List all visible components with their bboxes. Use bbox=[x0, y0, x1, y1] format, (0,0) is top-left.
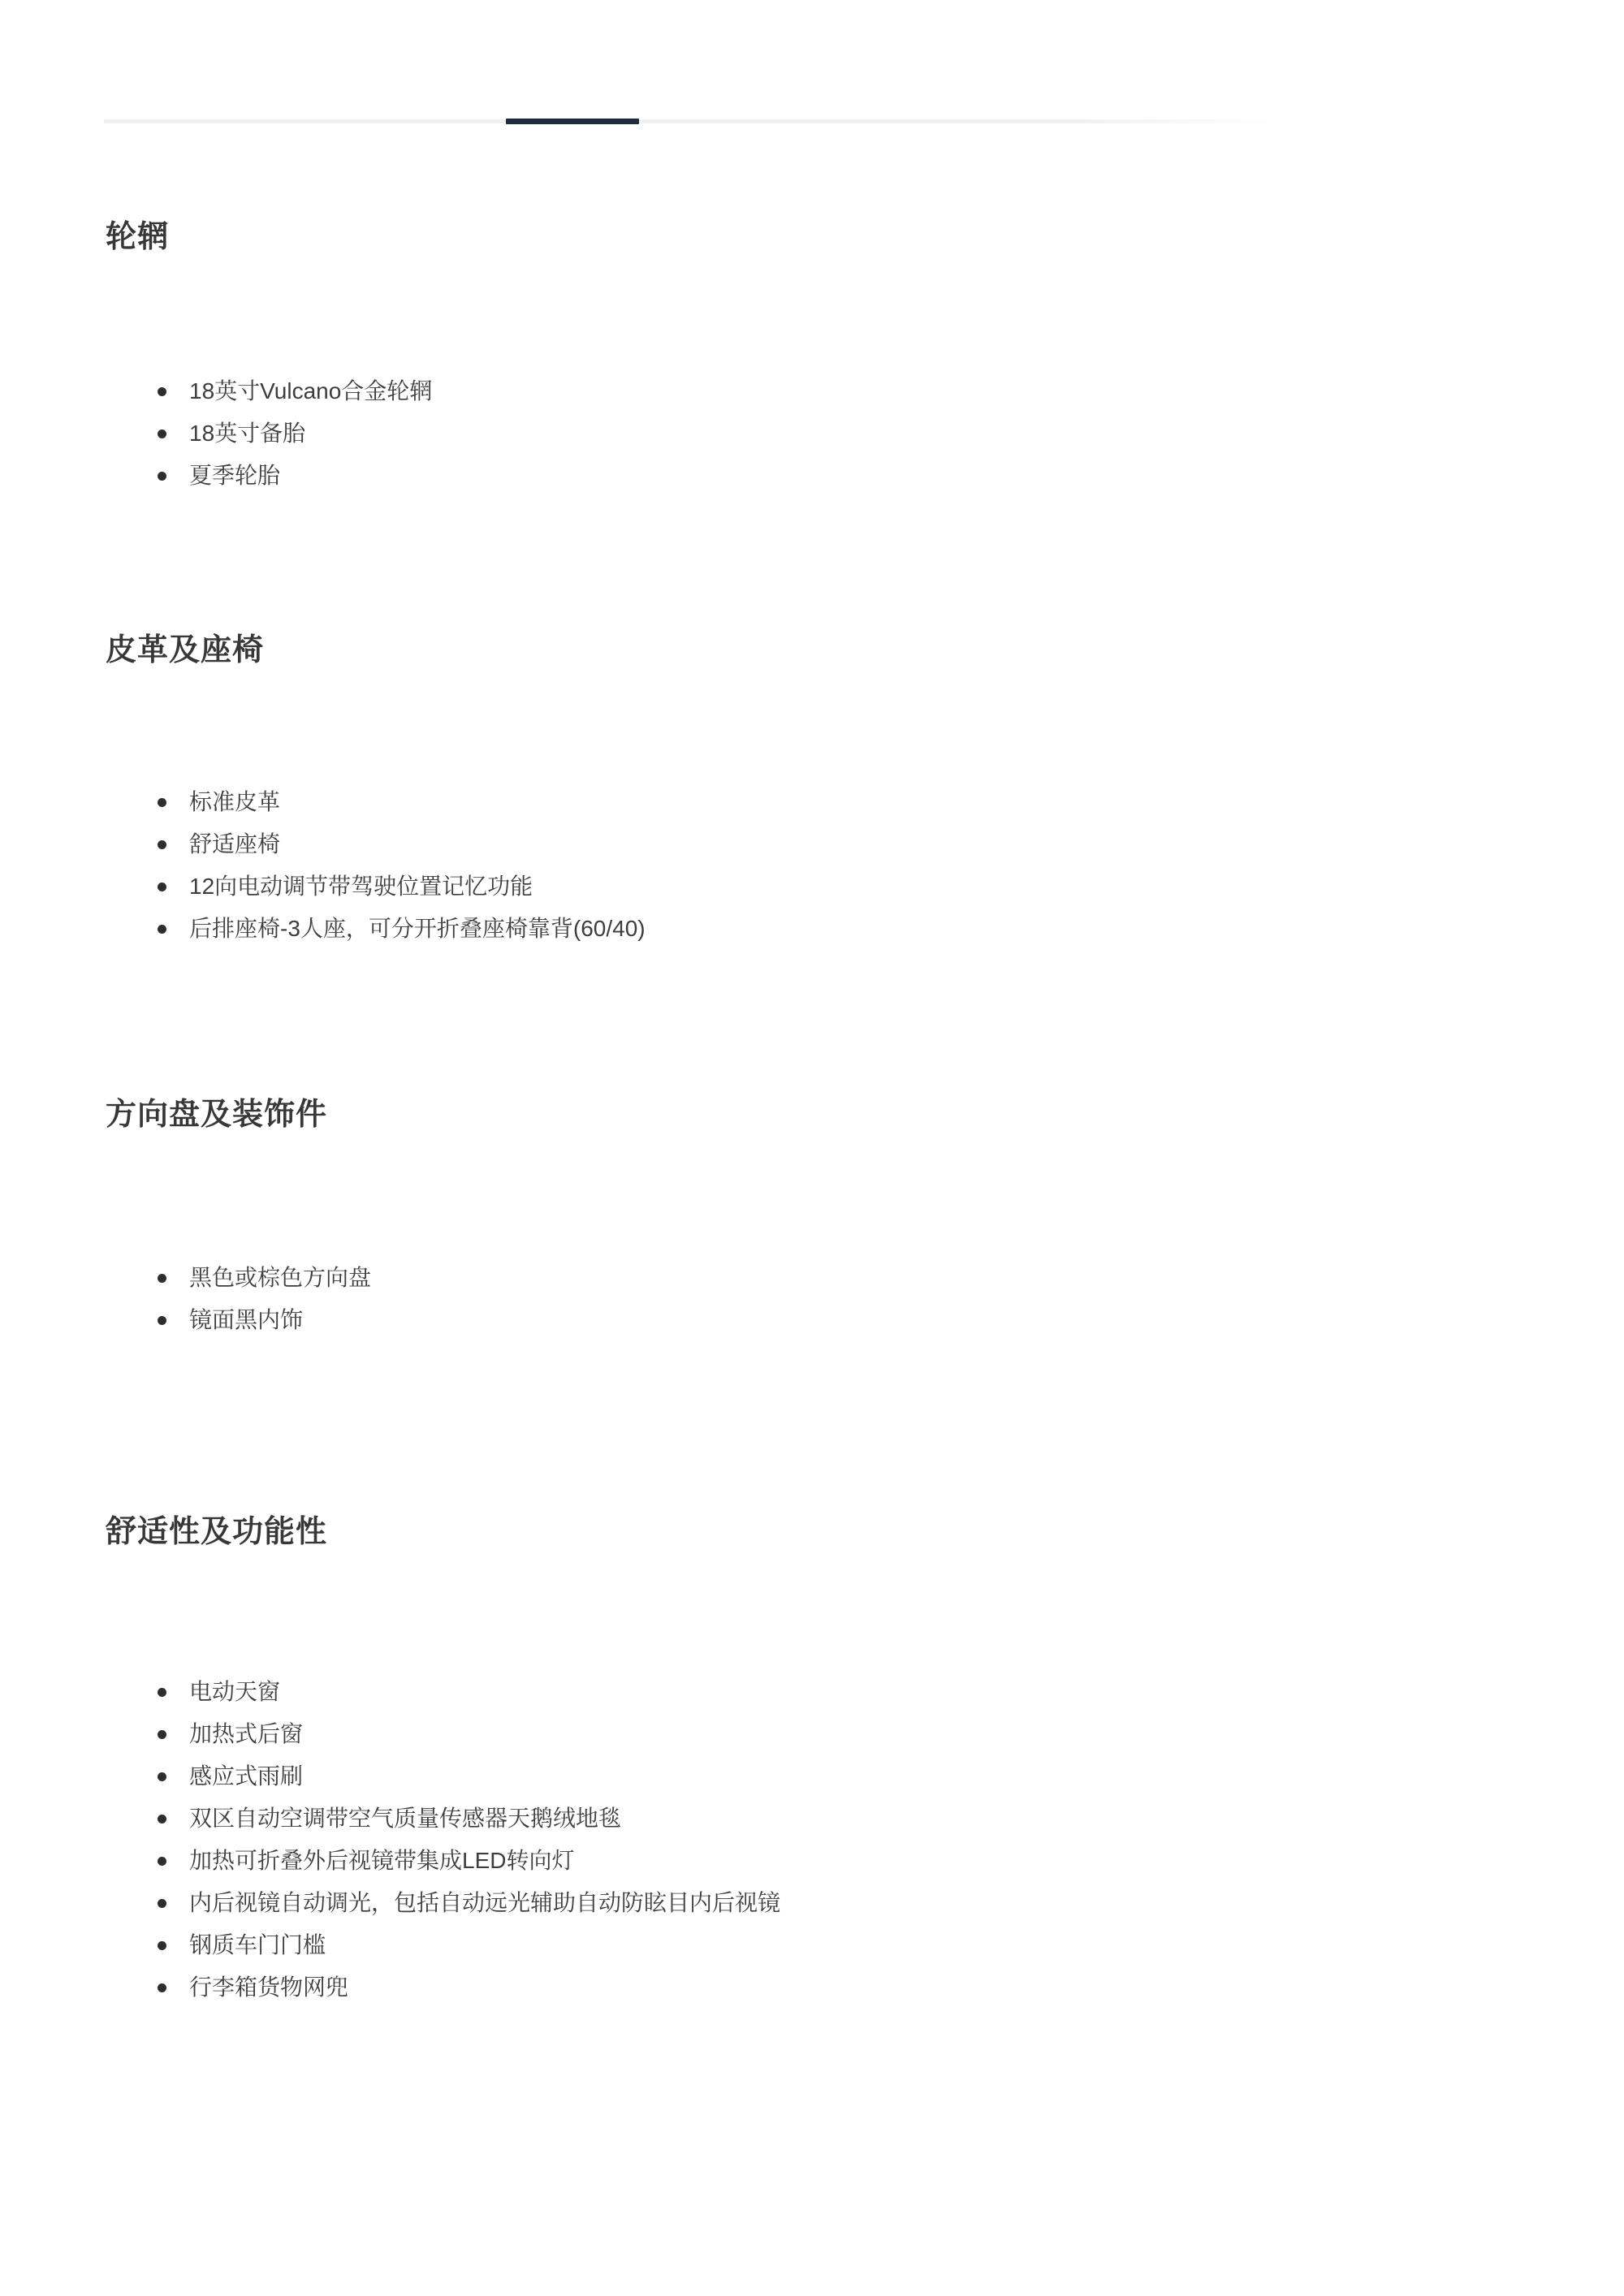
tab-bar-divider bbox=[104, 119, 1275, 123]
list-item: 黑色或棕色方向盘 bbox=[106, 1257, 371, 1299]
active-tab-indicator[interactable] bbox=[506, 119, 639, 124]
list-item: 内后视镜自动调光，包括自动远光辅助自动防眩目内后视镜 bbox=[106, 1882, 780, 1924]
section-title-leather-seats: 皮革及座椅 bbox=[106, 629, 264, 671]
list-item: 标准皮革 bbox=[106, 781, 646, 823]
feature-list-steering-trim: 黑色或棕色方向盘 镜面黑内饰 bbox=[106, 1257, 371, 1341]
equipment-spec-page: 轮辋 18英寸Vulcano合金轮辋 18英寸备胎 夏季轮胎 皮革及座椅 标准皮… bbox=[0, 0, 1624, 2296]
list-item: 18英寸Vulcano合金轮辋 bbox=[106, 370, 432, 412]
list-item: 加热式后窗 bbox=[106, 1713, 780, 1755]
list-item: 钢质车门门槛 bbox=[106, 1924, 780, 1966]
feature-list-leather-seats: 标准皮革 舒适座椅 12向电动调节带驾驶位置记忆功能 后排座椅-3人座，可分开折… bbox=[106, 781, 646, 950]
list-item: 舒适座椅 bbox=[106, 823, 646, 865]
list-item: 12向电动调节带驾驶位置记忆功能 bbox=[106, 865, 646, 908]
list-item: 双区自动空调带空气质量传感器天鹅绒地毯 bbox=[106, 1798, 780, 1840]
list-item: 行李箱货物网兜 bbox=[106, 1966, 780, 2009]
list-item: 后排座椅-3人座，可分开折叠座椅靠背(60/40) bbox=[106, 908, 646, 950]
section-title-wheels: 轮辋 bbox=[106, 216, 169, 258]
feature-list-wheels: 18英寸Vulcano合金轮辋 18英寸备胎 夏季轮胎 bbox=[106, 370, 432, 497]
list-item: 夏季轮胎 bbox=[106, 455, 432, 497]
list-item: 18英寸备胎 bbox=[106, 412, 432, 455]
feature-list-comfort-functionality: 电动天窗 加热式后窗 感应式雨刷 双区自动空调带空气质量传感器天鹅绒地毯 加热可… bbox=[106, 1671, 780, 2009]
list-item: 电动天窗 bbox=[106, 1671, 780, 1713]
section-title-comfort-functionality: 舒适性及功能性 bbox=[106, 1511, 327, 1553]
list-item: 镜面黑内饰 bbox=[106, 1299, 371, 1341]
section-title-steering-trim: 方向盘及装饰件 bbox=[106, 1094, 327, 1136]
list-item: 加热可折叠外后视镜带集成LED转向灯 bbox=[106, 1840, 780, 1882]
list-item: 感应式雨刷 bbox=[106, 1755, 780, 1798]
